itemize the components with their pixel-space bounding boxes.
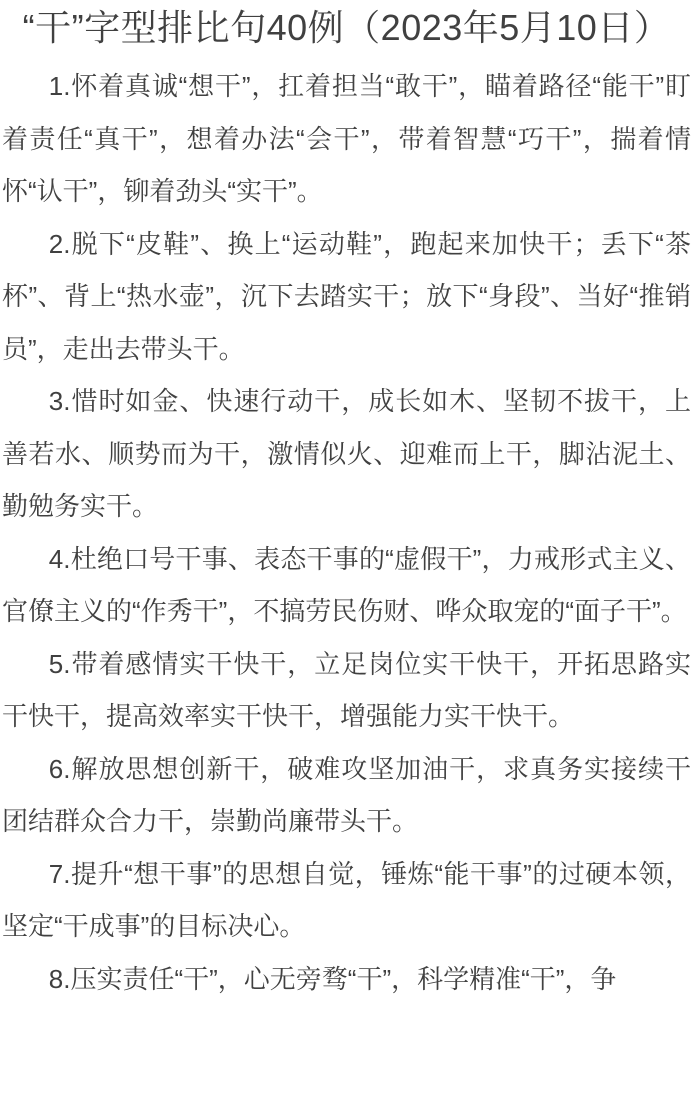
paragraph-2: 2.脱下“皮鞋”、换上“运动鞋”，跑起来加快干；丢下“茶杯”、背上“热水壶”，沉… xyxy=(2,218,691,376)
paragraph-3: 3.惜时如金、快速行动干，成长如木、坚韧不拔干，上善若水、顺势而为干，激情似火、… xyxy=(2,375,691,533)
article-body: 1.怀着真诚“想干”，扛着担当“敢干”，瞄着路径“能干”盯着责任“真干”，想着办… xyxy=(2,60,691,1005)
paragraph-5: 5.带着感情实干快干，立足岗位实干快干，开拓思路实干快干，提高效率实干快干，增强… xyxy=(2,638,691,743)
paragraph-6: 6.解放思想创新干，破难攻坚加油干，求真务实接续干团结群众合力干，崇勤尚廉带头干… xyxy=(2,743,691,848)
article-page: “干”字型排比句40例（2023年5月10日） 1.怀着真诚“想干”，扛着担当“… xyxy=(0,0,693,1097)
paragraph-1: 1.怀着真诚“想干”，扛着担当“敢干”，瞄着路径“能干”盯着责任“真干”，想着办… xyxy=(2,60,691,218)
paragraph-7: 7.提升“想干事”的思想自觉，锤炼“能干事”的过硬本领，坚定“干成事”的目标决心… xyxy=(2,848,691,953)
page-title: “干”字型排比句40例（2023年5月10日） xyxy=(2,2,691,54)
paragraph-8: 8.压实责任“干”，心无旁骛“干”，科学精准“干”，争 xyxy=(2,953,691,1006)
paragraph-4: 4.杜绝口号干事、表态干事的“虚假干”，力戒形式主义、官僚主义的“作秀干”，不搞… xyxy=(2,533,691,638)
